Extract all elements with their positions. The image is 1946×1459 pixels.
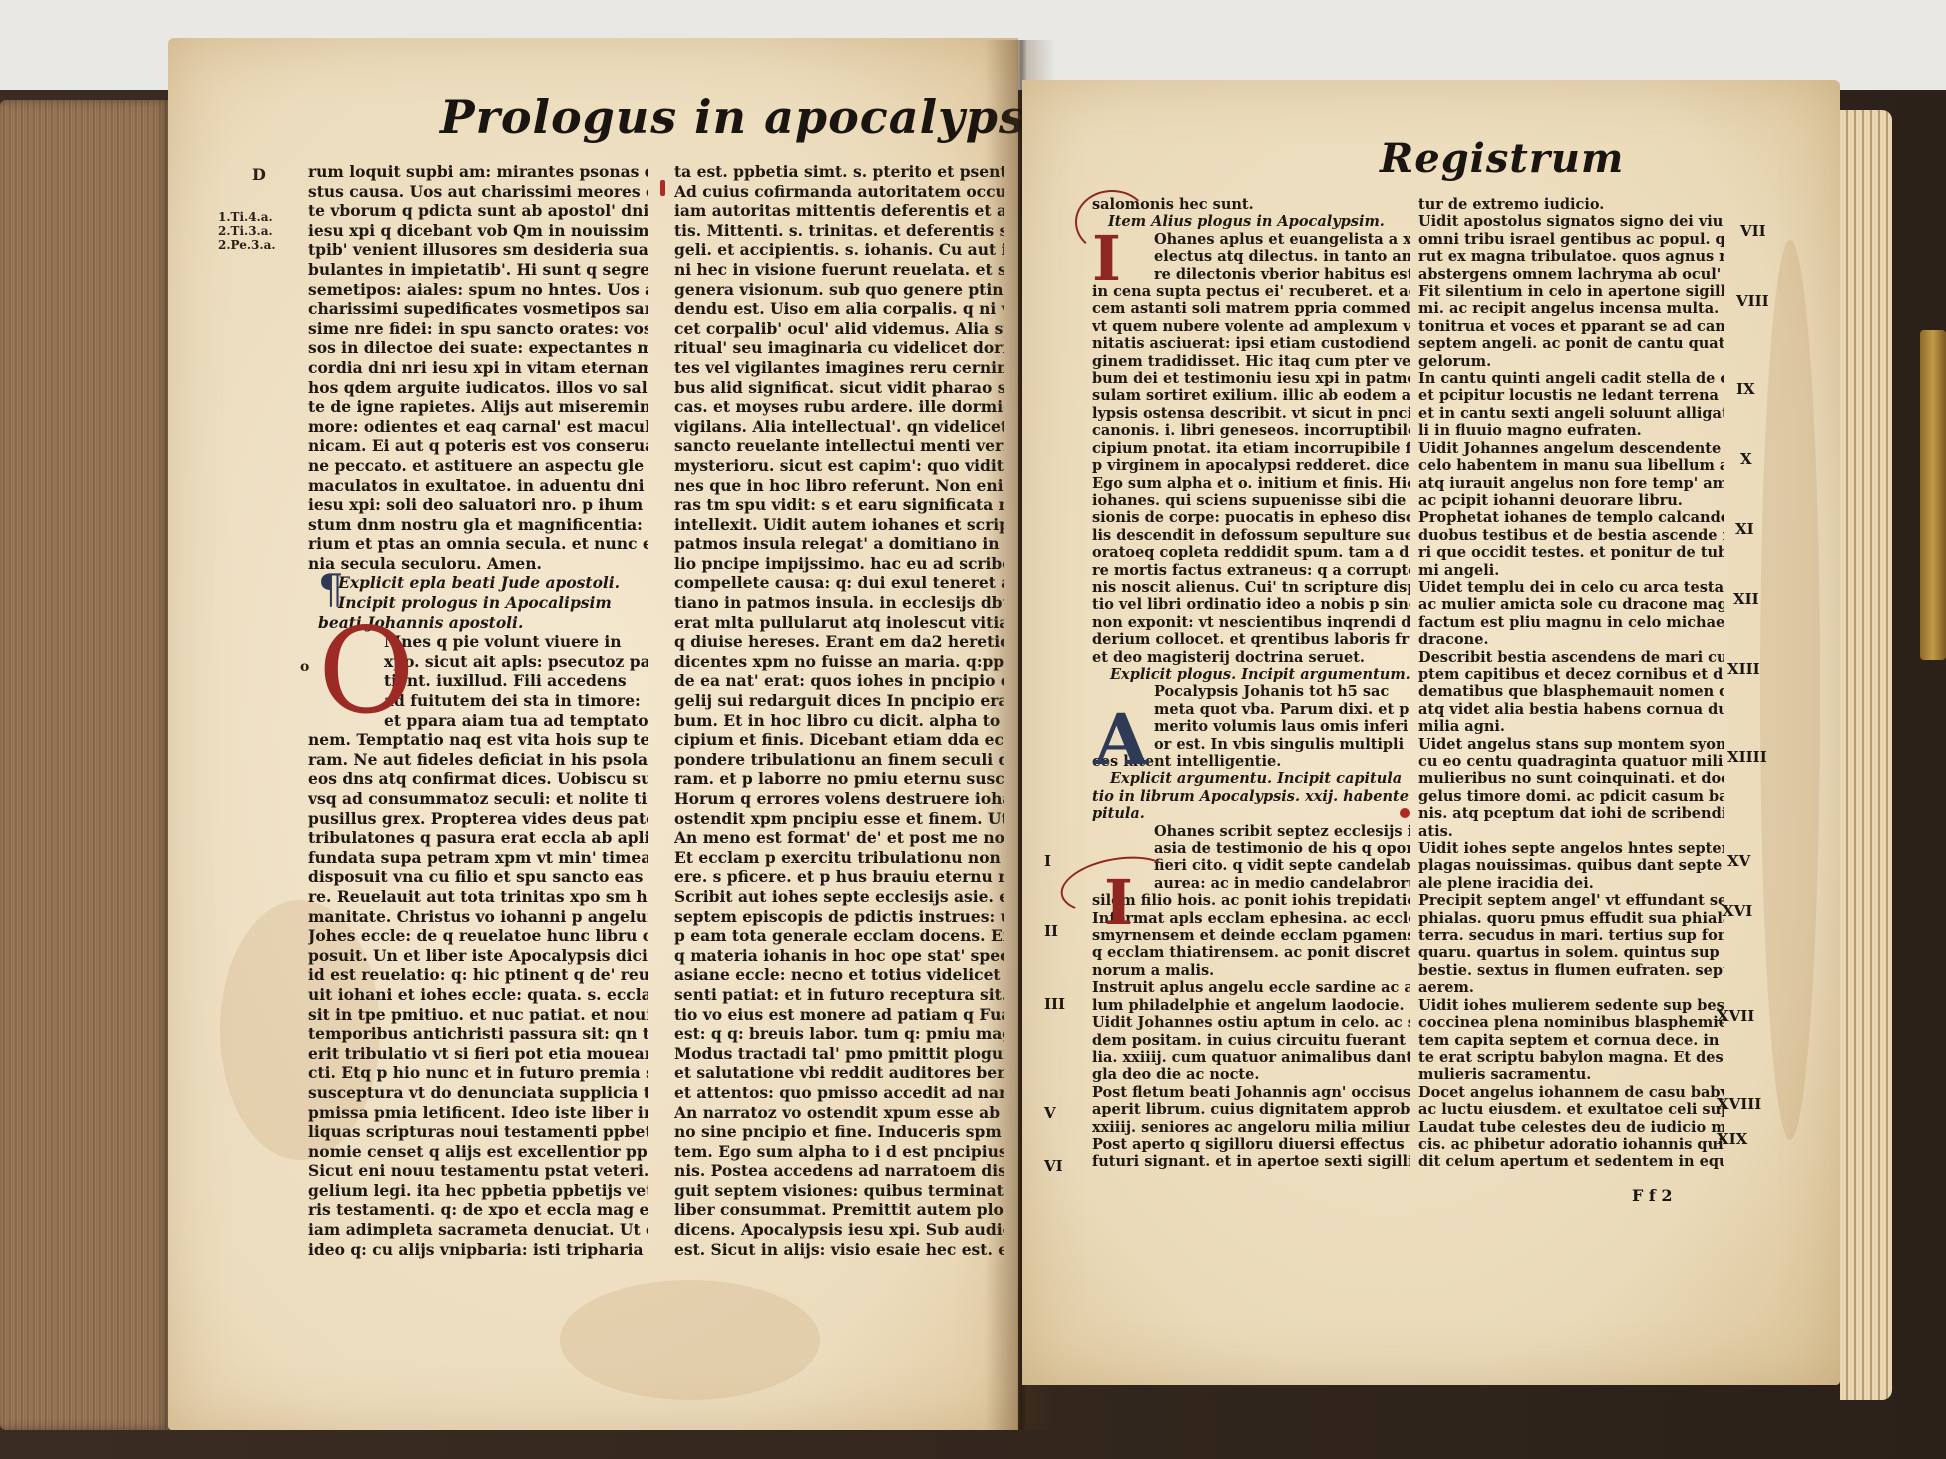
text-line: nes que in hoc libro referunt. Non eni f… xyxy=(674,476,1004,496)
chapter-numeral: VII xyxy=(1740,222,1766,240)
chapter-summary-line: ac mulier amicta sole cu dracone magno. … xyxy=(1418,596,1724,613)
chapter-summary-line: Uidit Johannes ostiu aptum in celo. ac s… xyxy=(1092,1014,1410,1031)
text-line: cas. et moyses rubu ardere. ille dormies… xyxy=(674,397,1004,417)
chapter-numeral: XII xyxy=(1733,590,1759,608)
rubric-mark xyxy=(1400,808,1410,818)
left-page-column-2: ta est. ppbetia simt. s. pterito et psen… xyxy=(674,162,1004,1259)
book-fore-edge-right xyxy=(1840,110,1892,1400)
chapter-summary-line: duobus testibus et de bestia ascende ma xyxy=(1418,527,1724,544)
text-line: nicam. Ei aut q poteris est vos conserua… xyxy=(308,436,648,456)
text-line: p virginem in apocalypsi redderet. dicen… xyxy=(1092,457,1410,474)
chapter-summary-line: Describit bestia ascendens de mari cum s… xyxy=(1418,649,1724,666)
text-line: tes vel vigilantes imagines reru cernim'… xyxy=(674,358,1004,378)
text-line: Sicut eni nouu testamentu pstat veteri. … xyxy=(308,1161,648,1181)
flourish-decoration xyxy=(1075,190,1149,254)
chapter-summary-line: lia. xxiiij. cum quatuor animalibus dant… xyxy=(1092,1049,1410,1066)
chapter-summary-line: tonitrua et voces et pparant se ad canen… xyxy=(1418,318,1724,335)
text-line: re dilectonis vberior habitus est. vt xyxy=(1092,266,1410,283)
text-line: Scribit aut iohes septe ecclesijs asie. … xyxy=(674,887,1004,907)
chapter-numeral: V xyxy=(1044,1104,1056,1122)
text-line: erat mlta pullularut atq inolescut vitia… xyxy=(674,613,1004,633)
text-line: et deo magisterij doctrina seruet. xyxy=(1092,649,1410,666)
chapter-summary-line: mulieris sacramentu. xyxy=(1418,1066,1724,1083)
chapter-numeral: VIII xyxy=(1736,292,1769,310)
margin-reference: 2.Ti.3.a. xyxy=(218,224,273,238)
chapter-numeral: XVII xyxy=(1717,1007,1754,1025)
chapter-summary-line: Uidet templu dei in celo cu arca testame… xyxy=(1418,579,1724,596)
text-line: lio pncipe impijssimo. hac eu ad scriben… xyxy=(674,554,1004,574)
margin-reference: 1.Ti.4.a. xyxy=(218,210,273,224)
text-line: ni hec in visione fuerunt reuelata. et s… xyxy=(674,260,1004,280)
text-line: et salutatione vbi reddit auditores beni… xyxy=(674,1063,1004,1083)
text-line: derium collocet. et qrentibus laboris fr… xyxy=(1092,631,1410,648)
chapter-summary-line: Uidit apostolus signatos signo dei viui'… xyxy=(1418,213,1724,230)
chapter-numeral: II xyxy=(1044,922,1058,940)
chapter-numeral: X xyxy=(1740,450,1752,468)
chapter-summary-line: Instruit aplus angelu eccle sardine ac a… xyxy=(1092,979,1410,996)
text-line: dicentes xpm no fuisse an maria. q:pplit… xyxy=(674,652,1004,672)
text-line: ne peccato. et astituere an aspectu gle … xyxy=(308,456,648,476)
text-line: tribulatones q pasura erat eccla ab apli… xyxy=(308,828,648,848)
text-line: dicens. Apocalypsis iesu xpi. Sub audio … xyxy=(674,1220,1004,1240)
chapter-numeral: XVIII xyxy=(1717,1095,1761,1113)
text-line: dendu est. Uiso em alia corpalis. q ni v… xyxy=(674,299,1004,319)
chapter-summary-line: cis. ac phibetur adoratio iohannis qui e… xyxy=(1418,1136,1724,1153)
text-line: nia secula seculoru. Amen. xyxy=(308,554,648,574)
brass-clasp xyxy=(1920,330,1946,660)
chapter-summary-line: celo habentem in manu sua libellum aptum xyxy=(1418,457,1724,474)
chapter-summary-line: smyrnensem et deinde ecclam pgamensem at xyxy=(1092,927,1410,944)
paper-stain xyxy=(1760,240,1820,1140)
text-line: q diuise hereses. Erant em da2 heretici … xyxy=(674,632,1004,652)
text-line: hos qdem arguite iudicatos. illos vo sal… xyxy=(308,378,648,398)
chapter-summary-line: plagas nouissimas. quibus dant septe phi xyxy=(1418,857,1724,874)
chapter-numeral: VI xyxy=(1044,1157,1063,1175)
text-line: sime nre fidei: in spu sancto orates: vo… xyxy=(308,319,648,339)
chapter-summary-line: dematibus que blasphemauit nomen domi xyxy=(1418,683,1724,700)
chapter-summary-line: xxiiij. seniores ac angeloru milia miliu… xyxy=(1092,1119,1410,1136)
chapter-summary-line: Uidit Johannes angelum descendente de xyxy=(1418,440,1724,457)
text-line: cti. Etq p hio nunc et in futuro premia … xyxy=(308,1063,648,1083)
chapter-numeral: I xyxy=(1044,852,1051,870)
text-line: nitatis asciuerat: ipsi etiam custodiend… xyxy=(1092,335,1410,352)
text-line: maculatos in exultatoe. in aduentu dni n… xyxy=(308,476,648,496)
text-line: te de igne rapietes. Alijs aut miseremin… xyxy=(308,397,648,417)
chapter-summary-line: tur de extremo iudicio. xyxy=(1418,196,1724,213)
text-line: ram. et p laborre no pmiu eternu suscept… xyxy=(674,769,1004,789)
text-line: tis. Mittenti. s. trinitas. et deferenti… xyxy=(674,221,1004,241)
text-line: q materia iohanis in hoc ope stat' spect… xyxy=(674,946,1004,966)
text-line: ris testamenti. q: de xpo et eccla mag e… xyxy=(308,1200,648,1220)
text-line: bum dei et testimoniu iesu xpi in patmos… xyxy=(1092,370,1410,387)
chapter-summary-line: dracone. xyxy=(1418,631,1724,648)
text-line: ram. Ne aut fideles deficiat in his psol… xyxy=(308,750,648,770)
text-line: tiano in patmos insula. in ecclesijs dbu… xyxy=(674,593,1004,613)
signature-mark: F f 2 xyxy=(1632,1186,1673,1205)
chapter-summary-line: Ohanes scribit septez ecclesijs in xyxy=(1092,823,1410,840)
chapter-summary-line: Fit silentium in celo in apertone sigill… xyxy=(1418,283,1724,300)
right-page-column-2: tur de extremo iudicio. Uidit apostolus … xyxy=(1418,196,1724,1171)
text-line: more: odientes et eaq carnal' est macula… xyxy=(308,417,648,437)
text-line: ta est. ppbetia simt. s. pterito et psen… xyxy=(674,162,1004,182)
chapter-summary-line: aerem. xyxy=(1418,979,1724,996)
chapter-summary-line: gelorum. xyxy=(1418,353,1724,370)
text-line: no sine pncipio et fine. Induceris spm l… xyxy=(674,1122,1004,1142)
text-line: cem astanti soli matrem ppria commedasse… xyxy=(1092,300,1410,317)
chapter-summary-line: Uidet angelus stans sup montem syon. et xyxy=(1418,736,1724,753)
text-line: lis descendit in defossum sepulture sue … xyxy=(1092,527,1410,544)
chapter-summary-line: atis. xyxy=(1418,823,1724,840)
text-line: compellete causa: q: dui exul teneret a … xyxy=(674,573,1004,593)
chapter-summary-line: nis. atq pceptum dat iohi de scribendis … xyxy=(1418,805,1724,822)
text-line: tem. Ego sum alpha to i d est pncipius e… xyxy=(674,1142,1004,1162)
chapter-summary-line: asia de testimonio de his q opor3 xyxy=(1092,840,1410,857)
text-line: iesu xpi: soli deo saluatori nro. p ihum… xyxy=(308,495,648,515)
text-line: cet corpalib' ocul' alid videmus. Alia s… xyxy=(674,319,1004,339)
text-line: iohanes. qui sciens supuenisse sibi die … xyxy=(1092,492,1410,509)
text-line: manitate. Christus vo iohanni p angelum. xyxy=(308,907,648,927)
text-line: est. Sicut in alijs: visio esaie hec est… xyxy=(674,1240,1004,1260)
chapter-summary-line: Uidit iohes septe angelos hntes septem xyxy=(1418,840,1724,857)
text-line: bulantes in impietatib'. Hi sunt q segre… xyxy=(308,260,648,280)
chapter-summary-line: mi. ac recipit angelus incensa multa. et… xyxy=(1418,300,1724,317)
text-line: susceptura vt do denunciata supplicia tr… xyxy=(308,1083,648,1103)
text-line: nomie censet q alijs est excellentior pp… xyxy=(308,1142,648,1162)
chapter-numeral: XVI xyxy=(1722,902,1752,920)
chapter-summary-line: dit celum apertum et sedentem in equo al… xyxy=(1418,1153,1724,1170)
text-line: posuit. Un et liber iste Apocalypsis dic… xyxy=(308,946,648,966)
chapter-summary-line: coccinea plena nominibus blasphemie habe xyxy=(1418,1014,1724,1031)
text-line: tpib' venient illusores sm desideria sua… xyxy=(308,240,648,260)
text-line: ere. s pficere. et p hus brauiu eternu r… xyxy=(674,867,1004,887)
chapter-summary-line: mulieribus no sunt coinquinati. et docet… xyxy=(1418,770,1724,787)
rubric-line: pitula. xyxy=(1092,805,1410,822)
chapter-summary-line: dem positam. in cuius circuitu fuerant s… xyxy=(1092,1032,1410,1049)
text-line: rum loquit supbi am: mirantes psonas que xyxy=(308,162,648,182)
text-line: est: q q: breuis labor. tum q: pmiu magn… xyxy=(674,1024,1004,1044)
text-line: guit septem visiones: quibus terminat xyxy=(674,1181,1004,1201)
rubric-line: Explicit epla beati Jude apostoli. xyxy=(308,573,648,593)
text-line: uit iohani et iohes eccle: quata. s. ecc… xyxy=(308,985,648,1005)
text-line: genera visionum. sub quo genere ptineat … xyxy=(674,280,1004,300)
chapter-summary-line: norum a malis. xyxy=(1092,962,1410,979)
text-line: oratoeq copleta reddidit spum. tam a dol… xyxy=(1092,544,1410,561)
text-line: in cena supta pectus ei' recuberet. et a… xyxy=(1092,283,1410,300)
text-line: Ad cuius cofirmanda autoritatem occurrit xyxy=(674,182,1004,202)
text-line: eos dns atq confirmat dices. Uobiscu su xyxy=(308,769,648,789)
text-line: rium et ptas an omnia secula. et nunc et… xyxy=(308,534,648,554)
chapter-summary-line: rut ex magna tribulatoe. quos agnus rege… xyxy=(1418,248,1724,265)
chapter-summary-line: tem capita septem et cornua dece. in cui… xyxy=(1418,1032,1724,1049)
text-line: de ea nat' erat: quos iohes in pncipio e… xyxy=(674,671,1004,691)
chapter-summary-line: Uidit iohes mulierem sedente sup bestiam xyxy=(1418,997,1724,1014)
margin-reference: 2.Pe.3.a. xyxy=(218,238,276,252)
text-line: patmos insula relegat' a domitiano in ex… xyxy=(674,534,1004,554)
chapter-summary-line: cu eo centu quadraginta quatuor milia. q… xyxy=(1418,753,1724,770)
blue-initial-letter: A xyxy=(1094,705,1148,775)
text-line: Et ecclam p exercitu tribulationu non de… xyxy=(674,848,1004,868)
margin-letter: D xyxy=(252,168,266,182)
text-line: nis noscit alienus. Cui' tn scripture di… xyxy=(1092,579,1410,596)
text-line: vigilans. Alia intellectual'. qn videlic… xyxy=(674,417,1004,437)
chapter-summary-line: In cantu quinti angeli cadit stella de c… xyxy=(1418,370,1724,387)
text-line: bus alid significat. sicut vidit pharao … xyxy=(674,378,1004,398)
text-line: re mortis factus extraneus: q a corrupto… xyxy=(1092,562,1410,579)
guide-letter: o xyxy=(300,660,309,674)
text-line: lypsis ostensa describit. vt sicut in pn… xyxy=(1092,405,1410,422)
chapter-summary-line: q ecclam thiatirensem. ac ponit discreto… xyxy=(1092,944,1410,961)
text-line: charissimi supedificates vosmetipos sanc… xyxy=(308,299,648,319)
chapter-summary-line: te erat scriptu babylon magna. Et descri… xyxy=(1418,1049,1724,1066)
text-line: liquas scripturas noui testamenti ppbeti… xyxy=(308,1122,648,1142)
text-line: stus causa. Uos aut charissimi meores es… xyxy=(308,182,648,202)
chapter-summary-line: Informat apls ecclam ephesina. ac eccles… xyxy=(1092,910,1410,927)
chapter-numeral: IX xyxy=(1736,380,1755,398)
text-line: Johes eccle: de q reuelatoe hunc libru c… xyxy=(308,926,648,946)
text-line: An narratoz vo ostendit xpum esse ab ete… xyxy=(674,1103,1004,1123)
text-line: sionis de corpe: puocatis in epheso disc… xyxy=(1092,509,1410,526)
text-line: vt quem nubere volente ad amplexum vgi xyxy=(1092,318,1410,335)
text-line: disposuit vna cu filio et spu sancto eas… xyxy=(308,867,648,887)
rubric-mark xyxy=(660,180,665,196)
chapter-summary-line: ri que occidit testes. et ponitur de tub… xyxy=(1418,544,1724,561)
chapter-summary-line: ptem capitibus et decez cornibus et dece… xyxy=(1418,666,1724,683)
text-line: septem episcopis de pdictis instrues: ut… xyxy=(674,907,1004,927)
text-line: Horum q errores volens destruere iohanes xyxy=(674,789,1004,809)
chapter-summary-line: ac luctu eiusdem. et exultatoe celi sup … xyxy=(1418,1101,1724,1118)
chapter-summary-line: septem angeli. ac ponit de cantu quatuor… xyxy=(1418,335,1724,352)
text-line: et attentos: quo pmisso accedit ad narra… xyxy=(674,1083,1004,1103)
text-line: ginem tradidisset. Hic itaq cum pter ver xyxy=(1092,353,1410,370)
text-line: ostendit xpm pncipiu esse et finem. Ut E… xyxy=(674,809,1004,829)
chapter-summary-line: Post aperto q sigilloru diuersi effectus xyxy=(1092,1136,1410,1153)
text-line: liber consummat. Premittit autem plogi xyxy=(674,1200,1004,1220)
chapter-summary-line: gelus timore domi. ac pdicit casum babyl… xyxy=(1418,788,1724,805)
text-line: fundata supa petram xpm vt min' timeat xyxy=(308,848,648,868)
text-line: sancto reuelante intellectui menti verit… xyxy=(674,436,1004,456)
chapter-summary-line: lum philadelphie et angelum laodocie. xyxy=(1092,997,1410,1014)
text-line: asiane eccle: necno et totius videlicet … xyxy=(674,965,1004,985)
text-line: Ego sum alpha et o. initium et finis. Hi… xyxy=(1092,475,1410,492)
text-line: re. Reuelauit aut tota trinitas xpo sm h… xyxy=(308,887,648,907)
text-line: temporibus antichristi passura sit: qn t… xyxy=(308,1024,648,1044)
text-line: nis. Postea accedens ad narratoem distin xyxy=(674,1161,1004,1181)
right-page-column-1: salomonis hec sunt. Item Alius plogus in… xyxy=(1092,196,1410,1171)
chapter-numeral: XIIII xyxy=(1727,748,1767,766)
text-line: id est reuelatio: q: hic ptinent q de' r… xyxy=(308,965,648,985)
chapter-summary-line: Docet angelus iohannem de casu babylonis xyxy=(1418,1084,1724,1101)
text-line: cipium pnotat. ita etiam incorrupibile f… xyxy=(1092,440,1410,457)
chapter-summary-line: milia agni. xyxy=(1418,718,1724,735)
text-line: bum. Et in hoc libro cu dicit. alpha to … xyxy=(674,711,1004,731)
text-line: erit tribulatio vt si fieri pot etia mou… xyxy=(308,1044,648,1064)
chapter-summary-line: abstergens omnem lachryma ab ocul' eoru. xyxy=(1418,266,1724,283)
chapter-summary-line: atq videt alia bestia habens cornua duo … xyxy=(1418,701,1724,718)
chapter-summary-line: et in cantu sexti angeli soluunt alligat… xyxy=(1418,405,1724,422)
text-line: non exponit: vt nescientibus inqrendi de… xyxy=(1092,614,1410,631)
text-line: electus atq dilectus. in tanto amo xyxy=(1092,248,1410,265)
text-line: tio vo eius est monere ad patiam q Fuand… xyxy=(674,1005,1004,1025)
text-line: ideo q: cu alijs vnipbaria: isti triphar… xyxy=(308,1240,648,1260)
text-line: ritual' seu imaginaria cu videlicet dorm… xyxy=(674,338,1004,358)
text-line: sos in dilectoe dei suate: expectantes m… xyxy=(308,338,648,358)
chapter-summary-line: bestie. sextus in flumen eufraten. septi… xyxy=(1418,962,1724,979)
text-line: semetipos: aiales: spum no hntes. Uos au… xyxy=(308,280,648,300)
chapter-numeral: XI xyxy=(1735,520,1754,538)
chapter-summary-line: Prophetat iohanes de templo calcando ac xyxy=(1418,509,1724,526)
chapter-numeral: XIII xyxy=(1727,660,1760,678)
chapter-summary-line: terra. secudus in mari. tertius sup font… xyxy=(1418,927,1724,944)
red-initial-letter: O xyxy=(318,612,415,730)
text-line: sit in tpe pmitiuo. et nuc patiat. et no… xyxy=(308,1005,648,1025)
text-line: pusillus grex. Propterea vides deus pate… xyxy=(308,809,648,829)
chapter-numeral: XIX xyxy=(1717,1130,1747,1148)
text-line: cipium et finis. Dicebant etiam dda eccl… xyxy=(674,730,1004,750)
chapter-numeral: III xyxy=(1044,995,1065,1013)
chapter-summary-line: Laudat tube celestes deu de iudicio mere… xyxy=(1418,1119,1724,1136)
text-line: stum dnm nostru gla et magnificentia: im… xyxy=(308,515,648,535)
text-line: mysterioru. sicut est capim': quo vidit … xyxy=(674,456,1004,476)
text-line: gelium legi. ita hec ppbetia ppbetijs ve… xyxy=(308,1181,648,1201)
text-line: te vborum q pdicta sunt ab apostol' dni … xyxy=(308,201,648,221)
text-line: iam adimpleta sacrameta denuciat. Ut eti… xyxy=(308,1220,648,1240)
rubric-line: tio in librum Apocalypsis. xxij. habente… xyxy=(1092,788,1410,805)
text-line: senti patiat: et in futuro receptura sit… xyxy=(674,985,1004,1005)
text-line: vsq ad consummatoz seculi: et nolite tim… xyxy=(308,789,648,809)
rubric-line: Explicit plogus. Incipit argumentum. xyxy=(1092,666,1410,683)
text-line: cordia dni nri iesu xpi in vitam eternam… xyxy=(308,358,648,378)
chapter-numeral: XV xyxy=(1727,852,1750,870)
text-line: gelij sui redarguit dices In pncipio era… xyxy=(674,691,1004,711)
chapter-summary-line: li in fluuio magno eufraten. xyxy=(1418,422,1724,439)
running-head-right: Registrum xyxy=(1380,135,1624,182)
text-line: geli. et accipientis. s. iohanis. Cu aut… xyxy=(674,240,1004,260)
text-line: Modus tractadi tal' pmo pmittit plogum xyxy=(674,1044,1004,1064)
text-line: pmissa pmia letificent. Ideo iste liber … xyxy=(308,1103,648,1123)
chapter-summary-line: quaru. quartus in solem. quintus sup sed… xyxy=(1418,944,1724,961)
text-line: canonis. i. libri geneseos. incorruptibi… xyxy=(1092,422,1410,439)
chapter-summary-line: omni tribu israel gentibus ac popul. q v… xyxy=(1418,231,1724,248)
text-line: pondere tribulationu an finem seculi des… xyxy=(674,750,1004,770)
text-line: sulam sortiret exilium. illic ab eodem a… xyxy=(1092,387,1410,404)
book-fore-edge-left xyxy=(0,100,170,1430)
text-line: iam autoritas mittentis deferentis et ac… xyxy=(674,201,1004,221)
chapter-summary-line: ale plene iracidia dei. xyxy=(1418,875,1724,892)
text-line: tio vel libri ordinatio ideo a nobis p s… xyxy=(1092,596,1410,613)
chapter-summary-line: futuri signant. et in apertoe sexti sigi… xyxy=(1092,1153,1410,1170)
chapter-summary-line: gla deo die ac nocte. xyxy=(1092,1066,1410,1083)
text-line: An meno est format' de' et post me non e… xyxy=(674,828,1004,848)
chapter-summary-line: et pcipitur locustis ne ledant terrena s… xyxy=(1418,387,1724,404)
chapter-summary-line: aperit librum. cuius dignitatem approban… xyxy=(1092,1101,1410,1118)
chapter-summary-line: Precipit septem angel' vt effundant sept… xyxy=(1418,892,1724,909)
text-line: ras tm spu vidit: s et earu significata … xyxy=(674,495,1004,515)
text-line: intellexit. Uidit autem iohanes et scrip… xyxy=(674,515,1004,535)
chapter-summary-line: Post fletum beati Johannis agn' occisus xyxy=(1092,1084,1410,1101)
chapter-summary-line: ac pcipit iohanni deuorare libru. xyxy=(1418,492,1724,509)
text-line: iesu xpi q dicebant vob Qm in nouissimis xyxy=(308,221,648,241)
paper-stain xyxy=(560,1280,820,1400)
chapter-summary-line: mi angeli. xyxy=(1418,562,1724,579)
text-line: p eam tota generale ecclam docens. Eius xyxy=(674,926,1004,946)
chapter-summary-line: atq iurauit angelus non fore temp' ampli… xyxy=(1418,475,1724,492)
chapter-summary-line: factum est pliu magnu in celo michael cu xyxy=(1418,614,1724,631)
chapter-summary-line: phialas. quoru pmus effudit sua phialam … xyxy=(1418,910,1724,927)
